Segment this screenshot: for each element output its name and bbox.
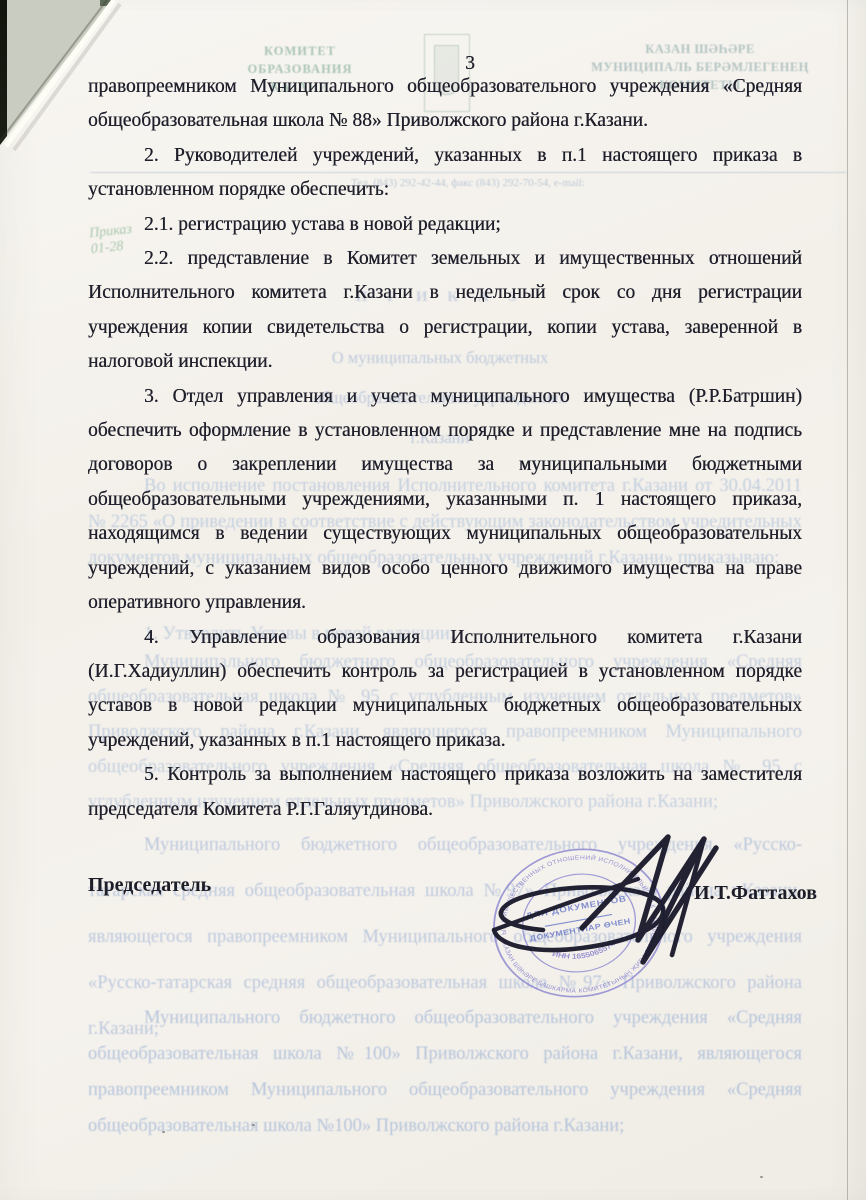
signatory-title: Председатель [88,872,211,906]
document-paragraph: 5. Контроль за выполнением настоящего пр… [88,758,802,827]
document-paragraph: 2.1. регистрацию устава в новой редакции… [88,208,802,242]
dust-speck [252,1124,255,1126]
signatory-name: И.Т.Фаттахов [694,872,817,906]
dust-speck [760,1176,763,1178]
dust-speck [162,1131,165,1133]
signature-row: Председатель И.Т.Фаттахов [88,872,817,906]
document-body: правопреемником Муниципального общеобраз… [88,70,802,827]
document-paragraph: 3. Отдел управления и учета муниципально… [88,380,802,621]
scanned-document-page: КОМИТЕТ ОБРАЗОВАНИЯ КАЗАНИ КАЗАН ШӘҺӘРЕ … [0,0,866,1200]
document-paragraph: 2.2. представление в Комитет земельных и… [88,242,802,380]
document-paragraph: 2. Руководителей учреждений, указанных в… [88,139,802,208]
document-paragraph: правопреемником Муниципального общеобраз… [88,70,802,139]
bleed-paragraph: Муниципального бюджетного общеобразовате… [88,1000,802,1144]
document-paragraph: 4. Управление образования Исполнительног… [88,621,802,759]
